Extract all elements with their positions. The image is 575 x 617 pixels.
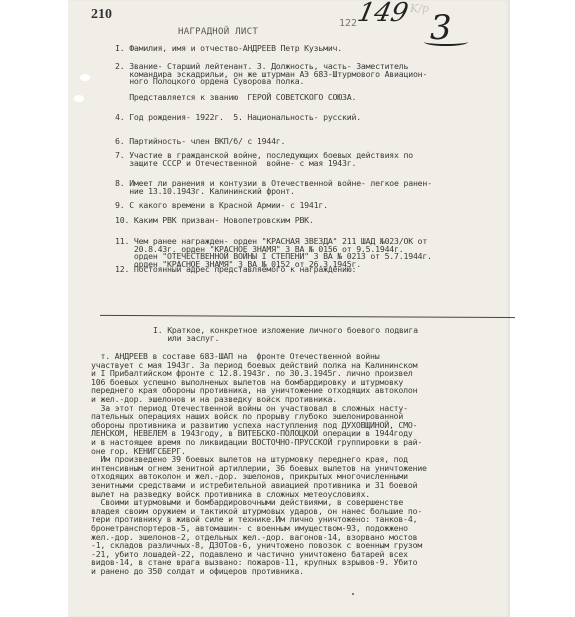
narrative-line: и жел.-дор. эшелонов и на разведку войск… — [91, 395, 337, 403]
punch-hole — [74, 95, 84, 102]
questionnaire-line: 6. Партийность- член ВКП/б/ с 1944г. — [115, 137, 285, 145]
narrative-line: зенитными средствами и истребительной ав… — [91, 481, 417, 489]
document-title: НАГРАДНОЙ ЛИСТ — [178, 27, 258, 37]
narrative-line: Своими штурмовыми и бомбардировочными де… — [91, 498, 403, 506]
section-heading-line: или заслуг. — [153, 334, 219, 342]
questionnaire-line: защите СССР и Отечественной войне- с мая… — [115, 159, 356, 167]
narrative-line: т. АНДРЕЕВ в составе 683-ШАП на фронте О… — [91, 352, 380, 360]
narrative-line: и I Прибалтийском фронте с 12.8.1943г. п… — [91, 369, 413, 377]
handwritten-page-number: 149 — [355, 0, 411, 28]
questionnaire-line: I. Фамилия, имя и отчество-АНДРЕЕВ Петр … — [115, 44, 342, 52]
questionnaire-line: ние 13.10.1943г. Калининский фронт. — [115, 187, 295, 195]
punch-hole — [80, 74, 90, 81]
handwritten-faint-note: K/p — [410, 2, 429, 15]
questionnaire-line: 4. Год рождения- 1922г. 5. Национальност… — [115, 113, 361, 121]
ink-dot — [352, 593, 354, 595]
narrative-line: пательных операциях наших войск по проры… — [91, 412, 403, 420]
handwritten-underline — [424, 38, 468, 46]
questionnaire-line: 9. С какого времени в Красной Армии- с 1… — [115, 201, 328, 209]
narrative-line: и ранено до 350 солдат и офицеров против… — [91, 567, 304, 575]
questionnaire-line: Представляется к званию ГЕРОЙ СОВЕТСКОГО… — [115, 93, 356, 101]
narrative-line: бронетранспортеров-5, автомашин- с военн… — [91, 524, 408, 532]
archive-number: 210 — [91, 7, 112, 23]
questionnaire-line: 12. Постоянный адрес представляемого к н… — [115, 265, 356, 273]
questionnaire-line: 10. Каким РВК призван- Новопетровским РВ… — [115, 216, 314, 224]
narrative-line: и в настоящее время по ликвидации ВОСТОЧ… — [91, 438, 422, 446]
narrative-line: -1, складов различных-8, ДЗОТов-6, уничт… — [91, 541, 422, 549]
questionnaire-line: ного Полоцкого ордена Суворова полка. — [115, 77, 304, 85]
narrative-line: Им произведено 39 боевых вылетов на штур… — [91, 455, 408, 463]
